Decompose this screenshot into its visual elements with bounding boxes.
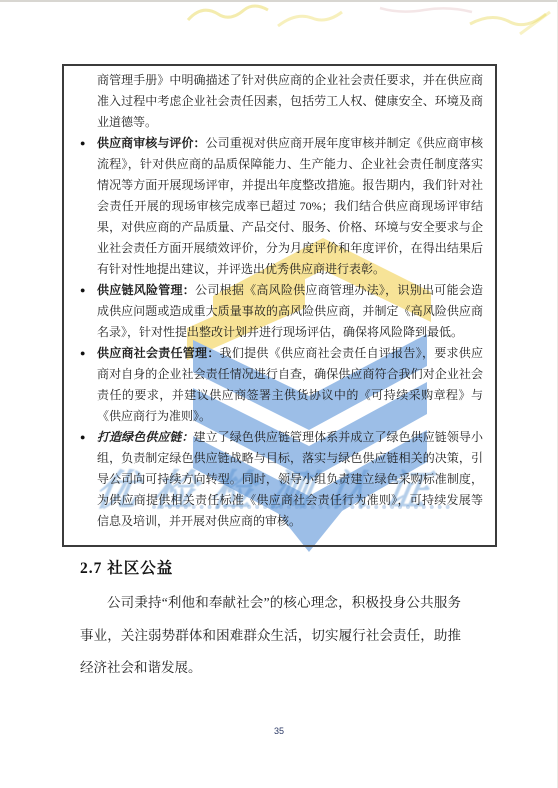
paragraph-continuation: 商管理手册》中明确描述了针对供应商的企业社会责任要求，并在供应商准入过程中考虑企… [78,70,483,133]
bullet-icon: ● [80,427,85,448]
paragraph-text: 商管理手册》中明确描述了针对供应商的企业社会责任要求，并在供应商准入过程中考虑企… [97,73,483,129]
section-heading: 2.7 社区公益 [80,556,173,578]
document-page: 优检检测认证 商管理手册》中明确描述了针对供应商的企业社会责任要求，并在供应商准… [0,0,558,788]
bullet-item-csr-management: ● 供应商社会责任管理：我们提供《供应商社会责任自评报告》，要求供应商对自身的企… [78,343,483,427]
bullet-icon: ● [80,343,85,364]
bullet-icon: ● [80,133,85,154]
bullet-icon: ● [80,280,85,301]
bullet-text: 建立了绿色供应链管理体系并成立了绿色供应链领导小组，负责制定绿色供应链战略与目标… [97,430,483,528]
bullet-label: 供应链风险管理： [97,283,195,297]
bullet-label: 打造绿色供应链： [97,430,194,444]
supplier-policy-box: 商管理手册》中明确描述了针对供应商的企业社会责任要求，并在供应商准入过程中考虑企… [62,64,497,547]
bullet-item-risk-management: ● 供应链风险管理：公司根据《高风险供应商管理办法》，识别出可能会造成供应问题或… [78,280,483,343]
pen-scribbles-icon [170,0,558,42]
bullet-label: 供应商审核与评价： [97,136,206,150]
bullet-item-green-supply-chain: ● 打造绿色供应链：建立了绿色供应链管理体系并成立了绿色供应链领导小组，负责制定… [78,427,483,532]
section-paragraph: 公司秉持“利他和奉献社会”的核心理念，积极投身公共服务事业，关注弱势群体和困难群… [80,587,461,685]
bullet-text: 公司重视对供应商开展年度审核并制定《供应商审核流程》，针对供应商的品质保障能力、… [97,136,483,276]
bullet-item-audit-evaluation: ● 供应商审核与评价：公司重视对供应商开展年度审核并制定《供应商审核流程》，针对… [78,133,483,280]
bullet-label: 供应商社会责任管理： [97,346,220,360]
scan-edge-top [0,0,558,2]
page-number: 35 [0,726,558,736]
